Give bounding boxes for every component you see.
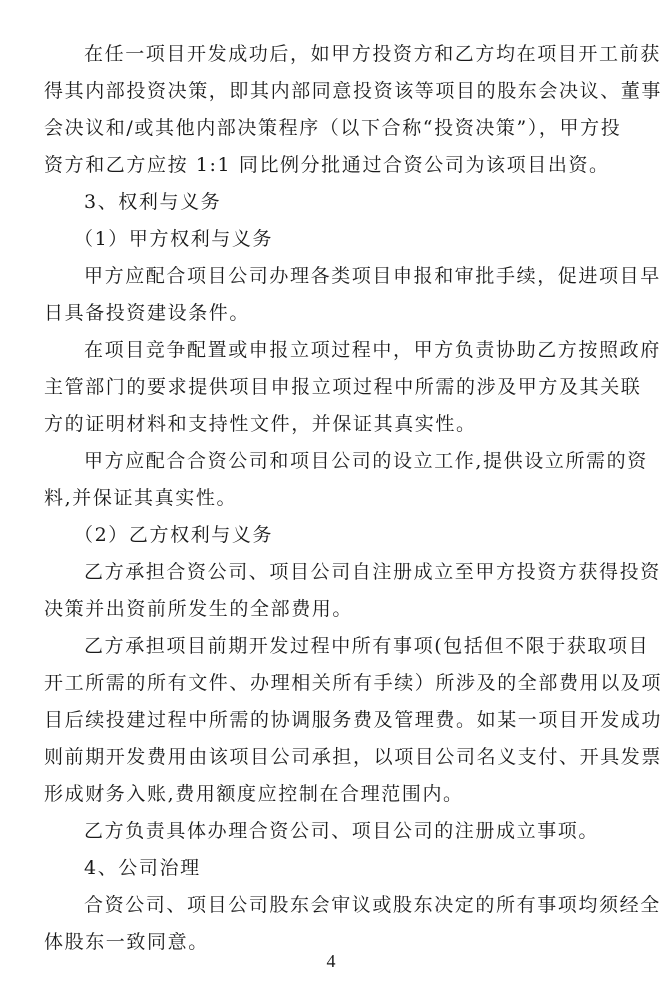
paragraph-party-a-filing-line-3: 方的证明材料和支持性文件，并保证其真实性。 <box>44 406 600 443</box>
subheading-party-a-rights: （1）甲方权利与义务 <box>74 221 630 258</box>
paragraph-party-a-approval-line-2: 日具备投资建设条件。 <box>44 295 600 332</box>
page-number: 4 <box>0 951 662 972</box>
paragraph-party-b-costs-line-2: 决策并出资前所发生的全部费用。 <box>44 591 600 628</box>
paragraph-party-b-development-line-1: 乙方承担项目前期开发过程中所有事项(包括但不限于获取项目 <box>84 628 600 665</box>
paragraph-party-a-setup-line-1: 甲方应配合合资公司和项目公司的设立工作,提供设立所需的资 <box>84 443 600 480</box>
paragraph-party-b-development-line-2: 开工所需的所有文件、办理相关所有手续）所涉及的全部费用以及项 <box>44 665 600 702</box>
paragraph-party-a-filing-line-1: 在项目竞争配置或申报立项过程中，甲方负责协助乙方按照政府 <box>84 332 600 369</box>
paragraph-party-b-development-line-4: 则前期开发费用由该项目公司承担，以项目公司名义支付、开具发票、 <box>44 739 600 776</box>
paragraph-party-b-costs-line-1: 乙方承担合资公司、项目公司自注册成立至甲方投资方获得投资 <box>84 554 600 591</box>
subheading-party-b-rights: （2）乙方权利与义务 <box>74 517 630 554</box>
document-page: 在任一项目开发成功后，如甲方投资方和乙方均在项目开工前获 得其内部投资决策，即其… <box>0 0 662 999</box>
paragraph-party-b-development-line-3: 目后续投建过程中所需的协调服务费及管理费。如某一项目开发成功， <box>44 702 600 739</box>
paragraph-party-b-registration: 乙方负责具体办理合资公司、项目公司的注册成立事项。 <box>84 813 600 850</box>
paragraph-investment-decision-line-4: 资方和乙方应按 1:1 同比例分批通过合资公司为该项目出资。 <box>44 147 600 184</box>
paragraph-investment-decision-line-1: 在任一项目开发成功后，如甲方投资方和乙方均在项目开工前获 <box>84 36 600 73</box>
paragraph-governance-line-1: 合资公司、项目公司股东会审议或股东决定的所有事项均须经全 <box>84 887 600 924</box>
paragraph-party-a-filing-line-2: 主管部门的要求提供项目申报立项过程中所需的涉及甲方及其关联 <box>44 369 600 406</box>
section-heading-corporate-governance: 4、公司治理 <box>84 850 600 887</box>
paragraph-party-b-development-line-5: 形成财务入账,费用额度应控制在合理范围内。 <box>44 776 600 813</box>
paragraph-investment-decision-line-2: 得其内部投资决策，即其内部同意投资该等项目的股东会决议、董事 <box>44 73 600 110</box>
paragraph-party-a-approval-line-1: 甲方应配合项目公司办理各类项目申报和审批手续，促进项目早 <box>84 258 600 295</box>
section-heading-rights-obligations: 3、权利与义务 <box>84 184 600 221</box>
paragraph-party-a-setup-line-2: 料,并保证其真实性。 <box>44 480 600 517</box>
paragraph-investment-decision-line-3: 会决议和/或其他内部决策程序（以下合称“投资决策”），甲方投 <box>44 110 600 147</box>
